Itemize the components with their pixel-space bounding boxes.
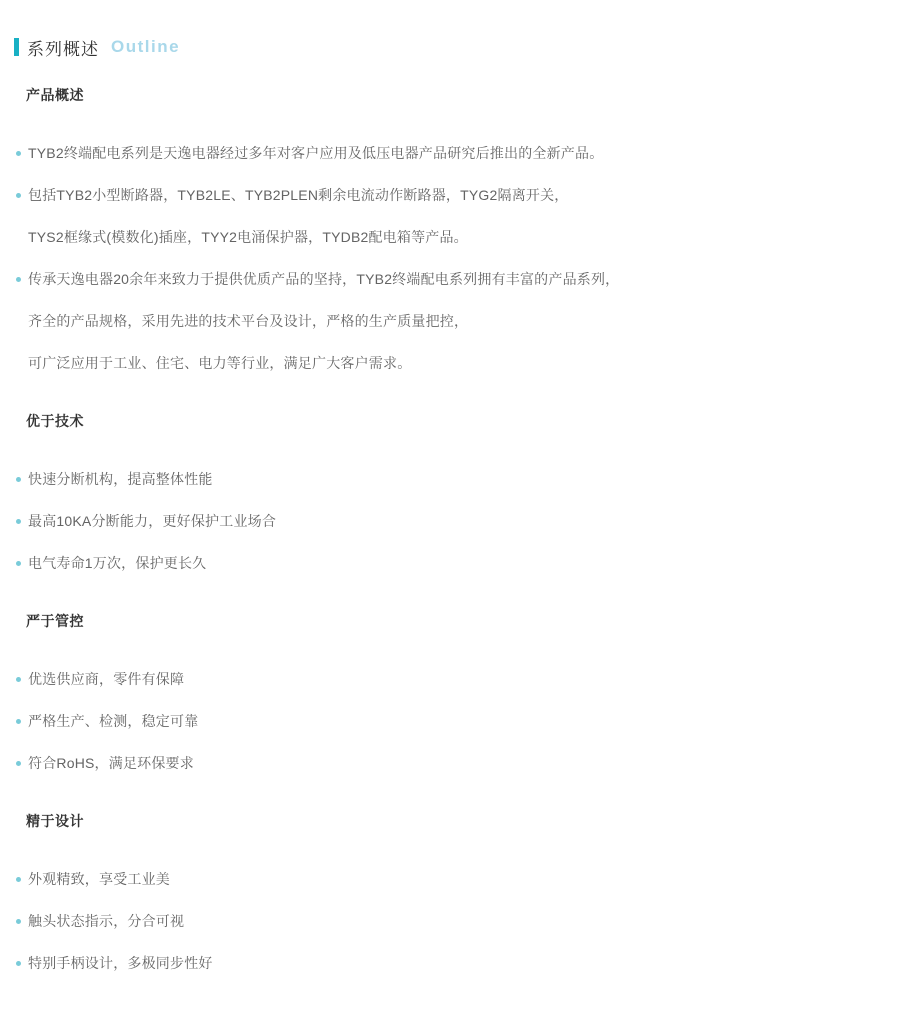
list-item-text: TYB2终端配电系列是天逸电器经过多年对客户应用及低压电器产品研究后推出的全新产… <box>28 143 603 163</box>
section-heading: 产品概述 <box>26 85 84 105</box>
bullet-icon <box>16 877 21 882</box>
list-item-text: 优选供应商，零件有保障 <box>28 669 184 689</box>
list-item-text: 触头状态指示，分合可视 <box>28 911 184 931</box>
list-item-line: 特别手柄设计，多极同步性好 <box>0 942 900 984</box>
list-item-line: 包括TYB2小型断路器，TYB2LE、TYB2PLEN剩余电流动作断路器，TYG… <box>0 174 900 216</box>
bullet-icon <box>16 761 21 766</box>
bullet-icon <box>16 561 21 566</box>
list-item-text: 快速分断机构，提高整体性能 <box>28 469 213 489</box>
product-outline-page: 系列概述 Outline 产品概述TYB2终端配电系列是天逸电器经过多年对客户应… <box>0 0 900 1009</box>
list-item-text: TYS2框缘式(模数化)插座，TYY2电涌保护器，TYDB2配电箱等产品。 <box>28 227 468 247</box>
list-item-line: 符合RoHS，满足环保要求 <box>0 742 900 784</box>
list-item-text: 最高10KA分断能力，更好保护工业场合 <box>28 511 276 531</box>
section-heading-row: 严于管控 <box>0 584 900 658</box>
bullet-icon <box>16 277 21 282</box>
bullet-icon <box>16 477 21 482</box>
section-heading-row: 精于设计 <box>0 784 900 858</box>
list-item-text: 电气寿命1万次，保护更长久 <box>28 553 206 573</box>
list-item-line: 严格生产、检测，稳定可靠 <box>0 700 900 742</box>
list-item-line: 触头状态指示，分合可视 <box>0 900 900 942</box>
list-item-line: 快速分断机构，提高整体性能 <box>0 458 900 500</box>
section-title: 系列概述 Outline <box>14 37 900 57</box>
section-heading: 优于技术 <box>26 411 84 431</box>
bullet-icon <box>16 961 21 966</box>
list-item-text: 可广泛应用于工业、住宅、电力等行业，满足广大客户需求。 <box>28 353 411 373</box>
section-heading-row: 产品概述 <box>0 58 900 132</box>
section-heading: 严于管控 <box>26 611 84 631</box>
section-heading-row: 优于技术 <box>0 384 900 458</box>
list-item-line: 可广泛应用于工业、住宅、电力等行业，满足广大客户需求。 <box>0 342 900 384</box>
list-item-text: 符合RoHS，满足环保要求 <box>28 753 194 773</box>
list-item-text: 严格生产、检测，稳定可靠 <box>28 711 198 731</box>
bullet-icon <box>16 519 21 524</box>
list-item-text: 特别手柄设计，多极同步性好 <box>28 953 213 973</box>
page-title-en: Outline <box>111 37 180 57</box>
section-title-row: 系列概述 Outline <box>0 0 900 58</box>
bullet-icon <box>16 719 21 724</box>
list-item-line: 传承天逸电器20余年来致力于提供优质产品的坚持，TYB2终端配电系列拥有丰富的产… <box>0 258 900 300</box>
bullet-icon <box>16 677 21 682</box>
list-item-line: 电气寿命1万次，保护更长久 <box>0 542 900 584</box>
title-accent-bar-icon <box>14 38 19 56</box>
list-item-line: 最高10KA分断能力，更好保护工业场合 <box>0 500 900 542</box>
list-item-text: 齐全的产品规格，采用先进的技术平台及设计，严格的生产质量把控， <box>28 311 468 331</box>
bullet-icon <box>16 151 21 156</box>
bullet-icon <box>16 919 21 924</box>
list-item-line: TYS2框缘式(模数化)插座，TYY2电涌保护器，TYDB2配电箱等产品。 <box>0 216 900 258</box>
list-item-line: 外观精致，享受工业美 <box>0 858 900 900</box>
list-item-text: 传承天逸电器20余年来致力于提供优质产品的坚持，TYB2终端配电系列拥有丰富的产… <box>28 269 619 289</box>
list-item-text: 包括TYB2小型断路器，TYB2LE、TYB2PLEN剩余电流动作断路器，TYG… <box>28 185 569 205</box>
section-heading: 精于设计 <box>26 811 84 831</box>
sections-container: 产品概述TYB2终端配电系列是天逸电器经过多年对客户应用及低压电器产品研究后推出… <box>0 58 900 984</box>
list-item-line: 优选供应商，零件有保障 <box>0 658 900 700</box>
list-item-line: 齐全的产品规格，采用先进的技术平台及设计，严格的生产质量把控， <box>0 300 900 342</box>
list-item-text: 外观精致，享受工业美 <box>28 869 170 889</box>
bullet-icon <box>16 193 21 198</box>
page-title-zh: 系列概述 <box>27 35 99 60</box>
list-item-line: TYB2终端配电系列是天逸电器经过多年对客户应用及低压电器产品研究后推出的全新产… <box>0 132 900 174</box>
